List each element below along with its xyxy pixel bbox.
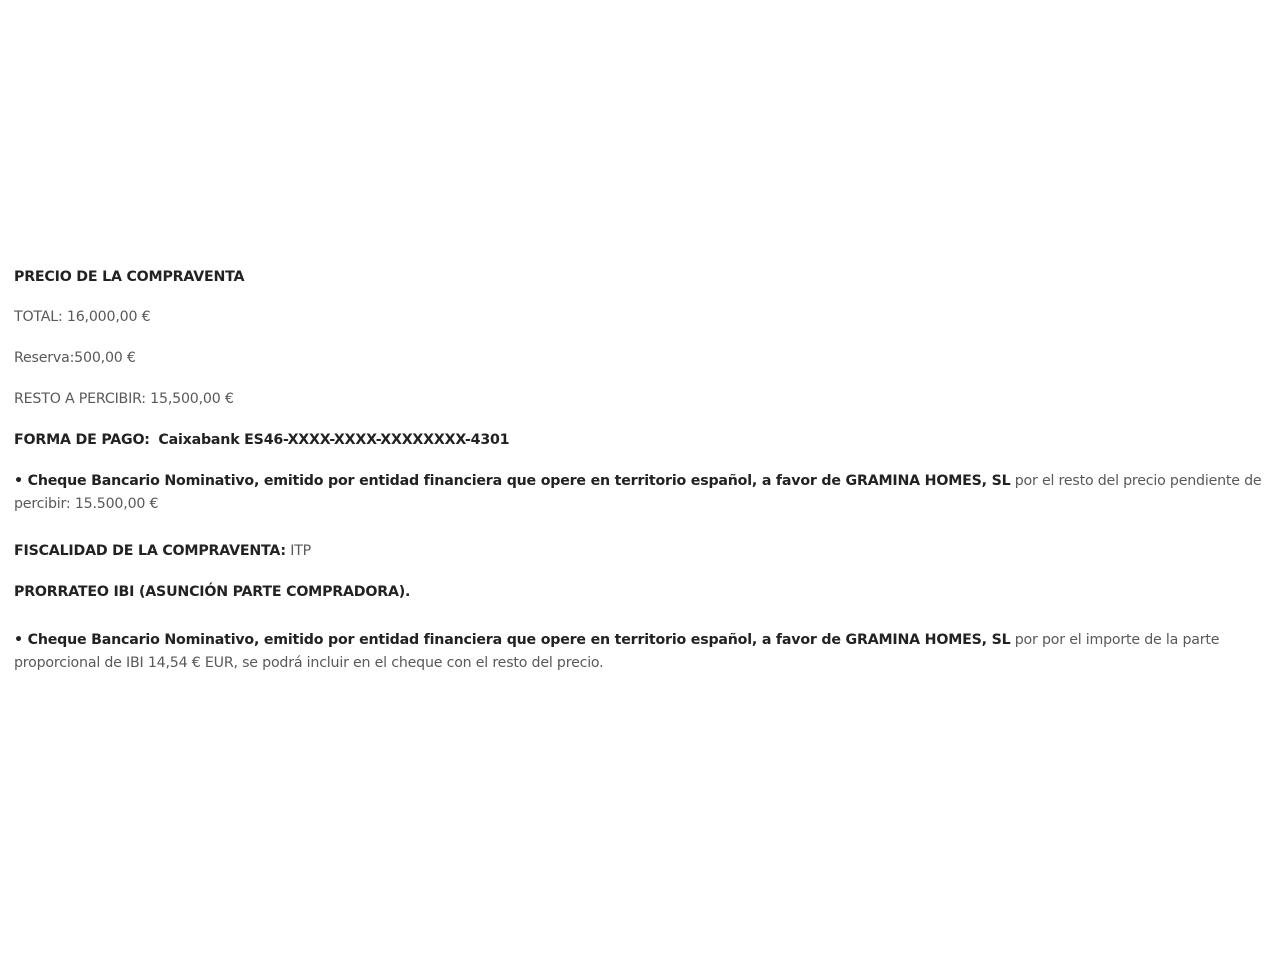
remaining-amount: RESTO A PERCIBIR: 15,500,00 € [14, 388, 234, 411]
reservation-amount: Reserva:500,00 € [14, 347, 136, 370]
ibi-heading: PRORRATEO IBI (ASUNCIÓN PARTE COMPRADORA… [14, 581, 410, 604]
cheque-remaining-bold: • Cheque Bancario Nominativo, emitido po… [14, 473, 1010, 489]
tax-regime: FISCALIDAD DE LA COMPRAVENTA: ITP [14, 540, 311, 563]
cheque-ibi-bold: • Cheque Bancario Nominativo, emitido po… [14, 632, 1010, 648]
cheque-remaining-paragraph: • Cheque Bancario Nominativo, emitido po… [14, 470, 1270, 516]
payment-method-label: FORMA DE PAGO: [14, 432, 150, 448]
payment-method-account: Caixabank ES46-XXXX-XXXX-XXXXXXXX-4301 [158, 432, 509, 448]
total-price: TOTAL: 16,000,00 € [14, 306, 150, 329]
payment-method: FORMA DE PAGO: Caixabank ES46-XXXX-XXXX-… [14, 429, 509, 452]
price-heading: PRECIO DE LA COMPRAVENTA [14, 266, 244, 289]
tax-regime-value: ITP [286, 543, 311, 559]
tax-regime-label: FISCALIDAD DE LA COMPRAVENTA: [14, 543, 286, 559]
cheque-ibi-paragraph: • Cheque Bancario Nominativo, emitido po… [14, 629, 1270, 675]
